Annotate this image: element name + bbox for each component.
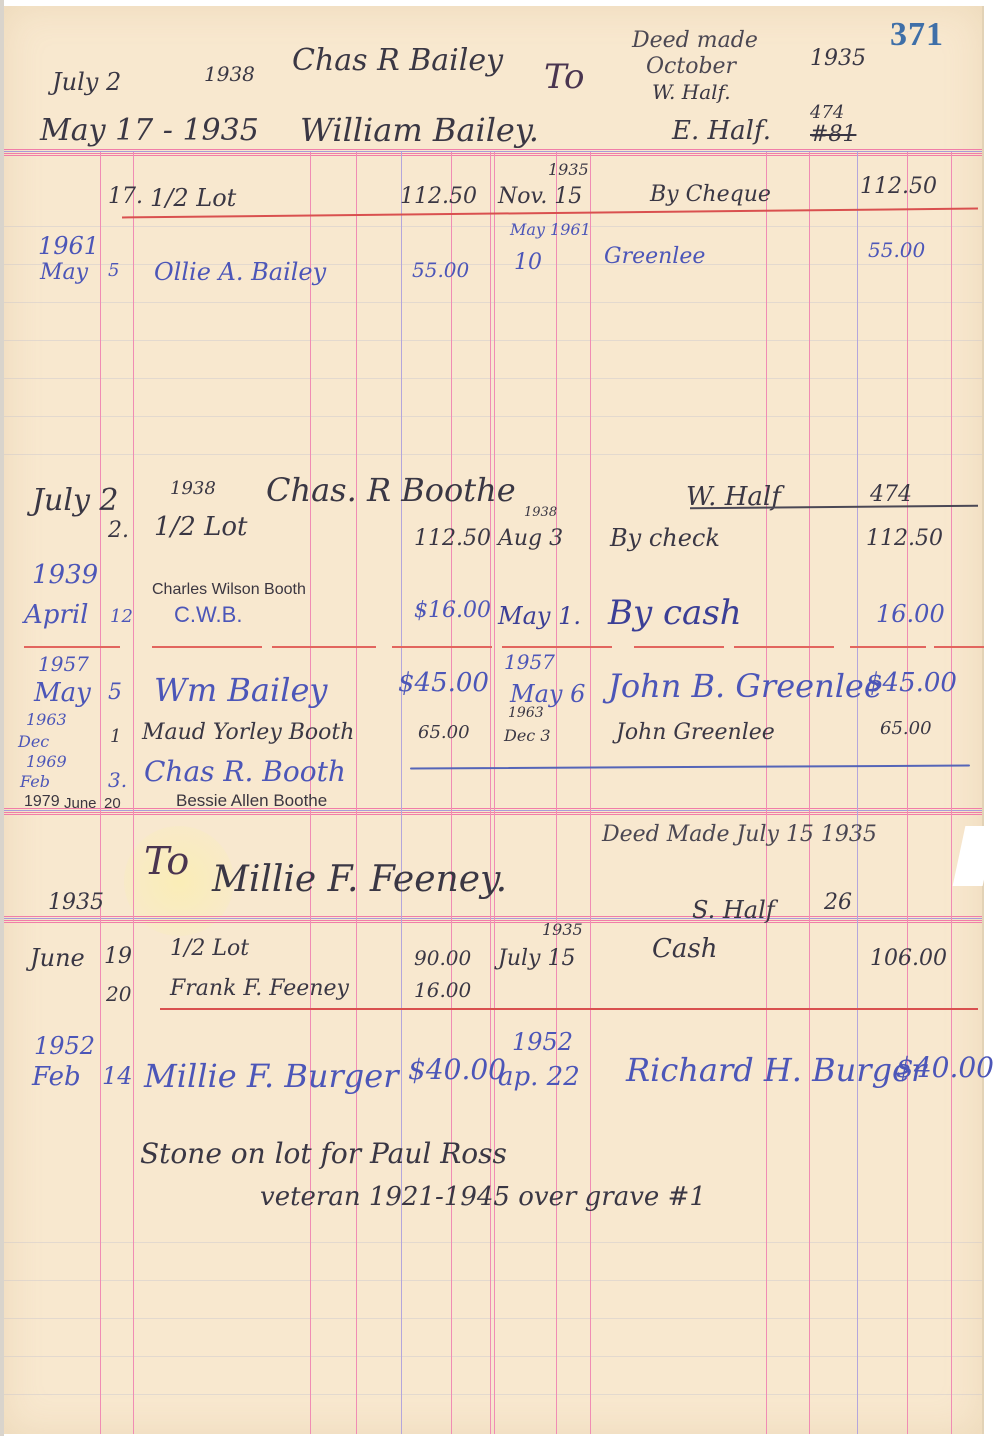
s1-r2-debit: 55.00 — [412, 260, 469, 280]
s2-r6-day: 20 — [104, 796, 121, 811]
s1-r2-credit-year: May 1961 — [510, 222, 591, 238]
s1-total-rule — [122, 208, 978, 219]
s2-r5-day: 3. — [108, 770, 127, 790]
section-rule-middle — [4, 808, 982, 816]
s2-r4-debit: 65.00 — [418, 724, 470, 742]
s2-r1-desc: 1/2 Lot — [154, 514, 247, 540]
s3-r2-day: 20 — [106, 984, 131, 1004]
s2-r3-credit-desc: John B. Greenlee — [608, 670, 883, 702]
s1-r1-credit-year: 1935 — [548, 162, 589, 178]
s3-r3-year: 1952 — [34, 1034, 95, 1058]
column-rule — [590, 152, 591, 1434]
s2-year: 1938 — [170, 480, 216, 498]
column-rule — [809, 152, 810, 1434]
s2-r4-credit-date: Dec 3 — [504, 728, 551, 744]
s2-r2-note: Charles Wilson Booth — [152, 582, 306, 598]
s2-r4-credit-desc: John Greenlee — [616, 722, 775, 744]
s3-note-2: veteran 1921-1945 over grave #1 — [260, 1184, 706, 1210]
s1-lot-new: 474 — [810, 104, 844, 122]
s1-lot-old: #81 — [810, 124, 856, 146]
s1-top-year: 1938 — [204, 64, 255, 84]
s3-deed-note: Deed Made July 15 1935 — [602, 824, 877, 846]
s3-lot: 26 — [824, 892, 852, 914]
s1-r2-credit-desc: Greenlee — [604, 246, 705, 268]
page-number: 371 — [890, 16, 944, 54]
s1-r2-credit-amount: 55.00 — [868, 240, 925, 260]
s3-r3-desc: Millie F. Burger — [144, 1060, 399, 1092]
s3-half: S. Half — [692, 898, 775, 922]
s2-r2-month: April — [24, 602, 88, 628]
s3-name: Millie F. Feeney. — [212, 862, 507, 898]
s2-r6-desc: Bessie Allen Boothe — [176, 792, 327, 809]
s3-r1-day: 19 — [104, 946, 132, 968]
column-rule — [907, 152, 908, 1434]
column-rule — [490, 152, 491, 1434]
s3-r1-debit: 90.00 — [414, 948, 471, 968]
s2-r4-credit-year: 1963 — [508, 706, 544, 720]
s2-r2-year: 1939 — [32, 562, 98, 588]
s2-r3-month: May — [34, 680, 91, 706]
s1-r2-credit-date: 10 — [514, 252, 542, 274]
s1-r1-credit-date: Nov. 15 — [498, 186, 582, 208]
s3-r2-debit: 16.00 — [414, 980, 471, 1000]
s2-date: July 2 — [32, 486, 119, 516]
s1-main-half: E. Half. — [672, 118, 771, 144]
s2-r4-credit-amount: 65.00 — [880, 720, 932, 738]
s3-r2-desc: Frank F. Feeney — [170, 978, 349, 1000]
column-rule — [951, 152, 952, 1434]
s3-year: 1935 — [48, 892, 104, 914]
s3-r1-desc: 1/2 Lot — [170, 938, 249, 960]
s2-r4-desc: Maud Yorley Booth — [142, 722, 354, 744]
s2-r6-month: June — [64, 796, 97, 811]
s1-r1-debit: 112.50 — [400, 186, 477, 208]
column-rule — [556, 152, 557, 1434]
column-rule — [133, 152, 134, 1434]
column-rule — [857, 152, 858, 1434]
s1-deed-note-2: October — [646, 56, 736, 78]
s2-r5-month: Feb — [20, 774, 50, 790]
ledger-page: 371 July 2 1938 Chas R Bailey To Deed ma… — [4, 6, 984, 1434]
s2-r3-credit-date: May 6 — [510, 682, 585, 706]
s1-r2-day: 5 — [108, 262, 119, 280]
s2-r1-day: 2. — [108, 520, 129, 542]
s1-deed-note-1: Deed made — [632, 30, 758, 52]
s1-deed-year: 1935 — [810, 48, 866, 70]
s1-r2-year: 1961 — [38, 234, 99, 258]
s1-r1-credit-amount: 112.50 — [860, 176, 937, 198]
column-rule — [451, 152, 452, 1434]
s3-r1-month: June — [30, 946, 85, 970]
s3-r3-credit-year: 1952 — [512, 1030, 573, 1054]
s1-r2-desc: Ollie A. Bailey — [154, 260, 326, 284]
s2-r2-desc: C.W.B. — [174, 604, 242, 626]
s1-main-name: William Bailey. — [300, 114, 539, 146]
s2-r2-credit-date: May 1. — [498, 604, 581, 628]
header-rule-top — [4, 149, 982, 157]
s1-r2-month: May — [40, 262, 88, 284]
s3-r1-credit-amount: 106.00 — [870, 948, 947, 970]
s3-r3-credit-desc: Richard H. Burger — [626, 1054, 926, 1086]
torn-edge — [953, 826, 996, 886]
column-rule — [100, 152, 101, 1434]
s2-r1-credit-amount: 112.50 — [866, 528, 943, 550]
s2-r1-debit: 112.50 — [414, 528, 491, 550]
s1-main-date: May 17 - 1935 — [40, 116, 259, 146]
s2-r1-credit-year: 1938 — [524, 506, 557, 519]
s1-r1-credit-desc: By Cheque — [650, 184, 771, 206]
s3-r3-credit-date: ap. 22 — [498, 1064, 580, 1090]
s2-r2-debit: $16.00 — [414, 600, 491, 622]
s2-r2-credit-desc: By cash — [608, 596, 742, 630]
s2-name: Chas. R Boothe — [266, 474, 516, 506]
s2-r3-desc: Wm Bailey — [154, 674, 327, 706]
header-rule-bottom — [4, 916, 982, 924]
s3-note-1: Stone on lot for Paul Ross — [140, 1140, 507, 1168]
s2-r5-desc: Chas R. Booth — [144, 758, 346, 786]
s1-to-mark: To — [544, 60, 585, 94]
s2-r2-day: 12 — [110, 608, 133, 626]
s3-r1-credit-year: 1935 — [542, 922, 583, 938]
s1-top-name: Chas R Bailey — [292, 46, 503, 76]
s2-r3-credit-amount: $45.00 — [866, 670, 957, 696]
s2-r6-year: 1979 — [24, 794, 60, 810]
s3-r1-credit-desc: Cash — [652, 936, 717, 962]
s1-r1-desc: 1/2 Lot — [150, 186, 236, 210]
column-rule — [401, 152, 402, 1434]
s1-top-half: W. Half. — [652, 82, 731, 102]
s2-r3-credit-year: 1957 — [504, 652, 555, 672]
s1-r1-day: 17. — [108, 186, 143, 208]
column-rule — [356, 152, 357, 1434]
s2-r3-year: 1957 — [38, 654, 89, 674]
s2-r4-year: 1963 — [26, 712, 67, 728]
s1-top-date: July 2 — [52, 70, 121, 94]
s2-r2-credit-amount: 16.00 — [876, 602, 945, 626]
s3-total-rule — [160, 1008, 978, 1010]
s2-lot: 474 — [870, 484, 912, 506]
s3-r3-credit-amount: $40.00 — [896, 1054, 994, 1082]
s2-r3-day: 5 — [108, 682, 122, 704]
s3-r1-credit-date: July 15 — [498, 948, 575, 970]
s2-r1-credit-date: Aug 3 — [498, 528, 563, 550]
s2-r4-month: Dec — [18, 734, 49, 750]
s2-r1-credit-desc: By check — [610, 526, 720, 550]
s2-r4-day: 1 — [110, 728, 121, 746]
s2-r3-debit: $45.00 — [398, 670, 489, 696]
s3-to-mark: To — [144, 842, 189, 880]
s3-r3-day: 14 — [102, 1064, 133, 1088]
column-rule — [494, 152, 495, 1434]
s3-r3-debit: $40.00 — [408, 1056, 506, 1084]
column-rule — [766, 152, 767, 1434]
s2-r5-year: 1969 — [26, 754, 67, 770]
s3-r3-month: Feb — [32, 1064, 81, 1090]
